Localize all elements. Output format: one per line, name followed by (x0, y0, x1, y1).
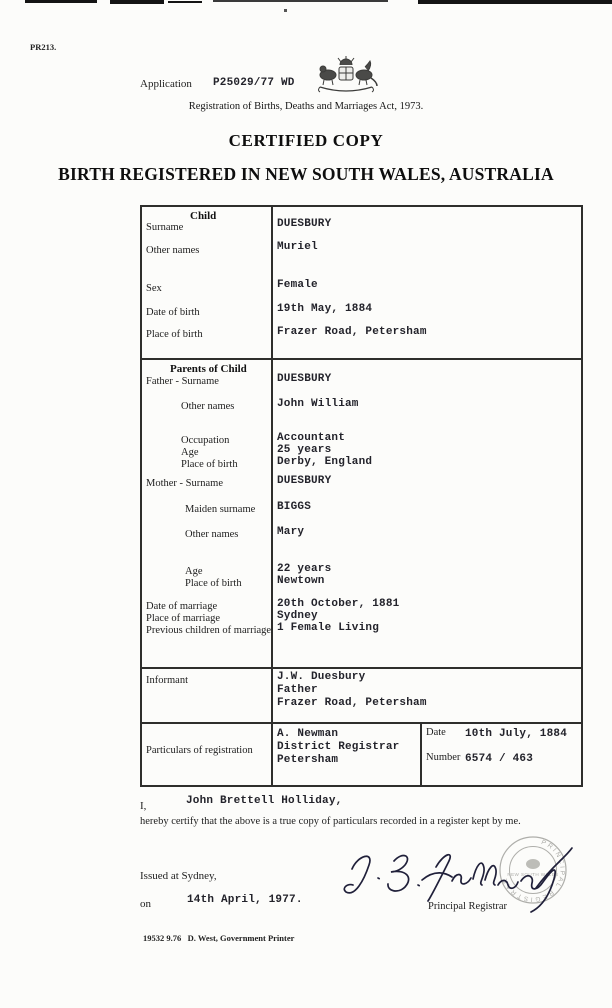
mother-age-label: Age (185, 566, 203, 577)
child-date-of-birth-label: Date of birth (146, 307, 200, 318)
informant-line-1: J.W. Duesbury (277, 671, 365, 683)
column-divider (271, 207, 273, 785)
document-subtitle: BIRTH REGISTERED IN NEW SOUTH WALES, AUS… (0, 164, 612, 185)
registration-table: Child Surname DUESBURY Other names Murie… (140, 205, 583, 787)
row-divider-informant-registration (142, 722, 581, 724)
registration-number-value: 6574 / 463 (465, 753, 533, 765)
scan-artifact (110, 0, 164, 4)
certifier-name: John Brettell Holliday, (186, 795, 342, 807)
child-date-of-birth-value: 19th May, 1884 (277, 303, 372, 315)
nsw-coat-of-arms (314, 55, 378, 99)
date-of-marriage-value: 20th October, 1881 (277, 598, 399, 610)
birth-certificate-document: PR213. Application P25029/77 WD Registra… (0, 0, 612, 1008)
mother-place-of-birth-label: Place of birth (185, 578, 242, 589)
issued-at: Issued at Sydney, (140, 870, 217, 882)
father-surname-value: DUESBURY (277, 373, 331, 385)
place-of-marriage-value: Sydney (277, 610, 318, 622)
father-place-of-birth-label: Place of birth (181, 459, 238, 470)
informant-line-2: Father (277, 684, 318, 696)
form-code: PR213. (30, 42, 56, 52)
mother-place-of-birth-value: Newtown (277, 575, 325, 587)
application-label: Application (140, 78, 192, 90)
registration-date-label: Date (426, 727, 446, 738)
father-occupation-label: Occupation (181, 435, 229, 446)
father-age-value: 25 years (277, 444, 331, 456)
certify-statement: hereby certify that the above is a true … (140, 816, 521, 827)
child-sex-label: Sex (146, 283, 162, 294)
registration-date-value: 10th July, 1884 (465, 728, 567, 740)
signatory-title: Principal Registrar (428, 901, 507, 912)
father-other-names-label: Other names (181, 401, 234, 412)
father-other-names-value: John William (277, 398, 359, 410)
previous-children-label: Previous children of marriage (146, 625, 271, 636)
scan-artifact (213, 0, 388, 2)
father-occupation-value: Accountant (277, 432, 345, 444)
mother-age-value: 22 years (277, 563, 331, 575)
row-divider-child-parents (142, 358, 581, 360)
mother-other-names-label: Other names (185, 529, 238, 540)
previous-children-value: 1 Female Living (277, 622, 379, 634)
father-place-of-birth-value: Derby, England (277, 456, 372, 468)
father-surname-label: Father - Surname (146, 376, 219, 387)
mother-surname-label: Mother - Surname (146, 478, 223, 489)
certify-prefix: I, (140, 800, 146, 812)
registration-label: Particulars of registration (146, 745, 253, 756)
registration-line-1: A. Newman (277, 728, 338, 740)
child-section-heading: Child (190, 210, 216, 222)
scan-artifact (168, 1, 202, 3)
informant-line-3: Frazer Road, Petersham (277, 697, 427, 709)
child-surname-label: Surname (146, 222, 183, 233)
child-surname-value: DUESBURY (277, 218, 331, 230)
registration-subdivider (420, 722, 422, 785)
child-other-names-label: Other names (146, 245, 199, 256)
child-other-names-value: Muriel (277, 241, 318, 253)
mother-other-names-value: Mary (277, 526, 304, 538)
scan-artifact (284, 9, 287, 12)
child-sex-value: Female (277, 279, 318, 291)
act-line: Registration of Births, Deaths and Marri… (0, 101, 612, 112)
date-of-marriage-label: Date of marriage (146, 601, 217, 612)
registration-line-3: Petersham (277, 754, 338, 766)
scan-artifact (418, 0, 612, 4)
mother-maiden-surname-label: Maiden surname (185, 504, 255, 515)
child-place-of-birth-value: Frazer Road, Petersham (277, 326, 427, 338)
father-age-label: Age (181, 447, 199, 458)
registration-line-2: District Registrar (277, 741, 399, 753)
document-title: CERTIFIED COPY (0, 131, 612, 151)
row-divider-parents-informant (142, 667, 581, 669)
place-of-marriage-label: Place of marriage (146, 613, 220, 624)
application-number: P25029/77 WD (213, 77, 295, 89)
scan-artifact (25, 0, 97, 3)
informant-label: Informant (146, 675, 188, 686)
child-place-of-birth-label: Place of birth (146, 329, 203, 340)
printer-imprint: 19532 9.76 D. West, Government Printer (143, 933, 294, 943)
mother-maiden-surname-value: BIGGS (277, 501, 311, 513)
issue-date: 14th April, 1977. (187, 894, 303, 906)
issued-on-label: on (140, 898, 151, 910)
registration-number-label: Number (426, 752, 460, 763)
mother-surname-value: DUESBURY (277, 475, 331, 487)
parents-section-heading: Parents of Child (170, 363, 247, 375)
